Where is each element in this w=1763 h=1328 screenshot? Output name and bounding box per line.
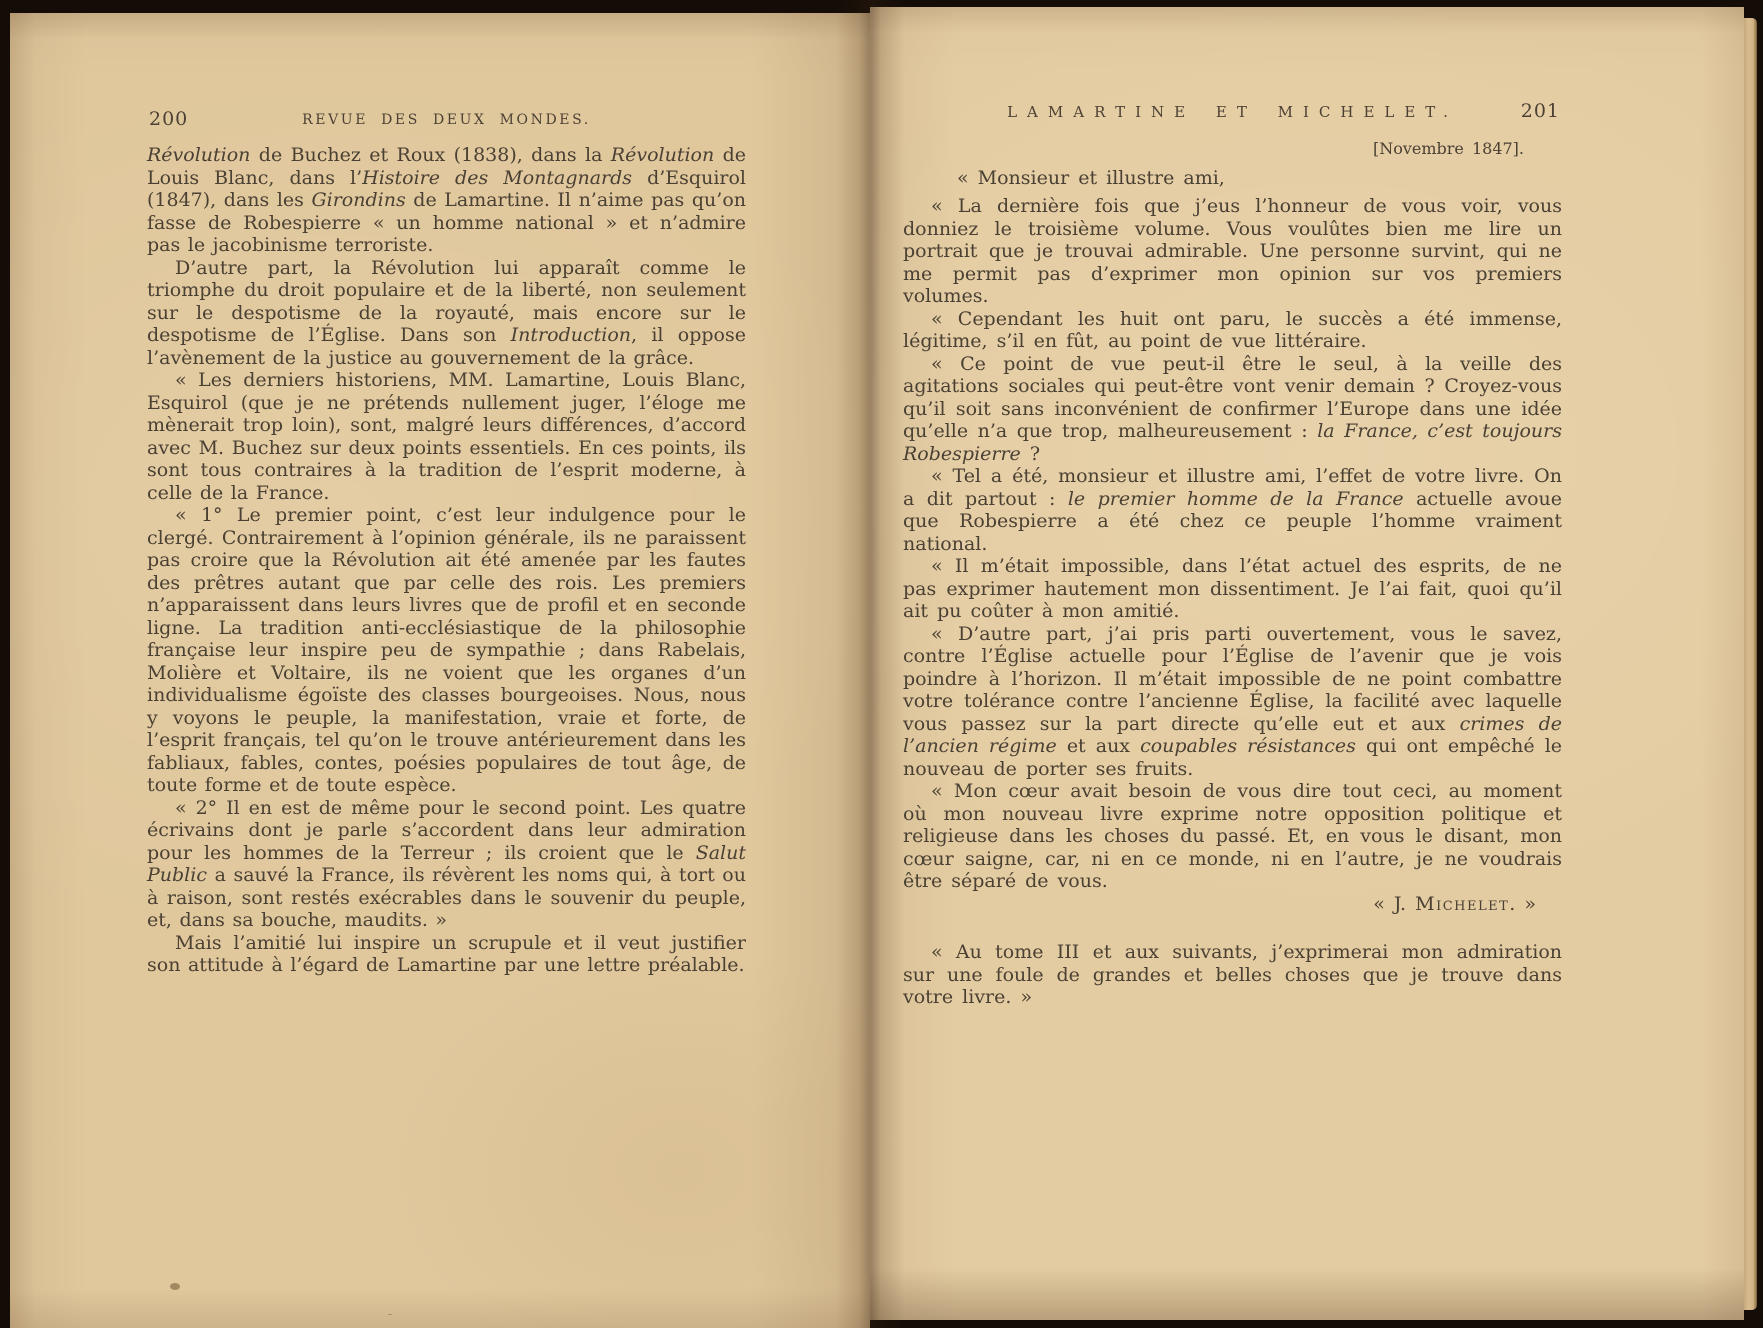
left-text-block: Révolution de Buchez et Roux (1838), dan… (147, 144, 746, 977)
book-scan: { "colors": { "background": "#140d07", "… (0, 0, 1763, 1328)
date-line: [Novembre 1847]. (903, 138, 1562, 161)
body-paragraph: Révolution de Buchez et Roux (1838), dan… (147, 144, 746, 257)
left-running-title: REVUE DES DEUX MONDES. (147, 112, 746, 128)
letter-paragraph: « Ce point de vue peut-il être le seul, … (903, 353, 1562, 466)
letter-paragraph: « D’autre part, j’ai pris parti ouvertem… (903, 623, 1562, 781)
right-running-title: LAMARTINE ET MICHELET. (903, 103, 1562, 121)
body-paragraph: « 2° Il en est de même pour le second po… (147, 797, 746, 932)
letter-signature: « J. Michelet. » (903, 893, 1562, 916)
right-page-header: LAMARTINE ET MICHELET. 201 (903, 100, 1562, 126)
letter-paragraph: « La dernière fois que j’eus l’honneur d… (903, 195, 1562, 308)
body-paragraph: « Les derniers historiens, MM. Lamartine… (147, 369, 746, 504)
right-page-number: 201 (1521, 100, 1560, 122)
letter-paragraph: « Il m’était impossible, dans l’état act… (903, 555, 1562, 623)
letter-salutation: « Monsieur et illustre ami, (903, 167, 1562, 190)
body-paragraph: « 1° Le premier point, c’est leur indulg… (147, 504, 746, 797)
letter-postscript: « Au tome III et aux suivants, j’exprime… (903, 941, 1562, 1009)
right-text-column: [Novembre 1847]. « Monsieur et illustre … (903, 138, 1562, 1009)
page-edge-stack (1744, 18, 1757, 1310)
letter-paragraph: « Tel a été, monsieur et illustre ami, l… (903, 465, 1562, 555)
right-page: LAMARTINE ET MICHELET. 201 [Novembre 184… (870, 7, 1744, 1320)
letter-paragraph: « Cependant les huit ont paru, le succès… (903, 308, 1562, 353)
right-text-block: « Monsieur et illustre ami,« La dernière… (903, 167, 1562, 1009)
body-paragraph: Mais l’amitié lui inspire un scrupule et… (147, 932, 746, 977)
left-page-header: 200 REVUE DES DEUX MONDES. (147, 108, 746, 134)
letter-paragraph: « Mon cœur avait besoin de vous dire tou… (903, 780, 1562, 893)
left-page: 200 REVUE DES DEUX MONDES. Révolution de… (10, 13, 870, 1328)
body-paragraph: D’autre part, la Révolution lui apparaît… (147, 257, 746, 370)
